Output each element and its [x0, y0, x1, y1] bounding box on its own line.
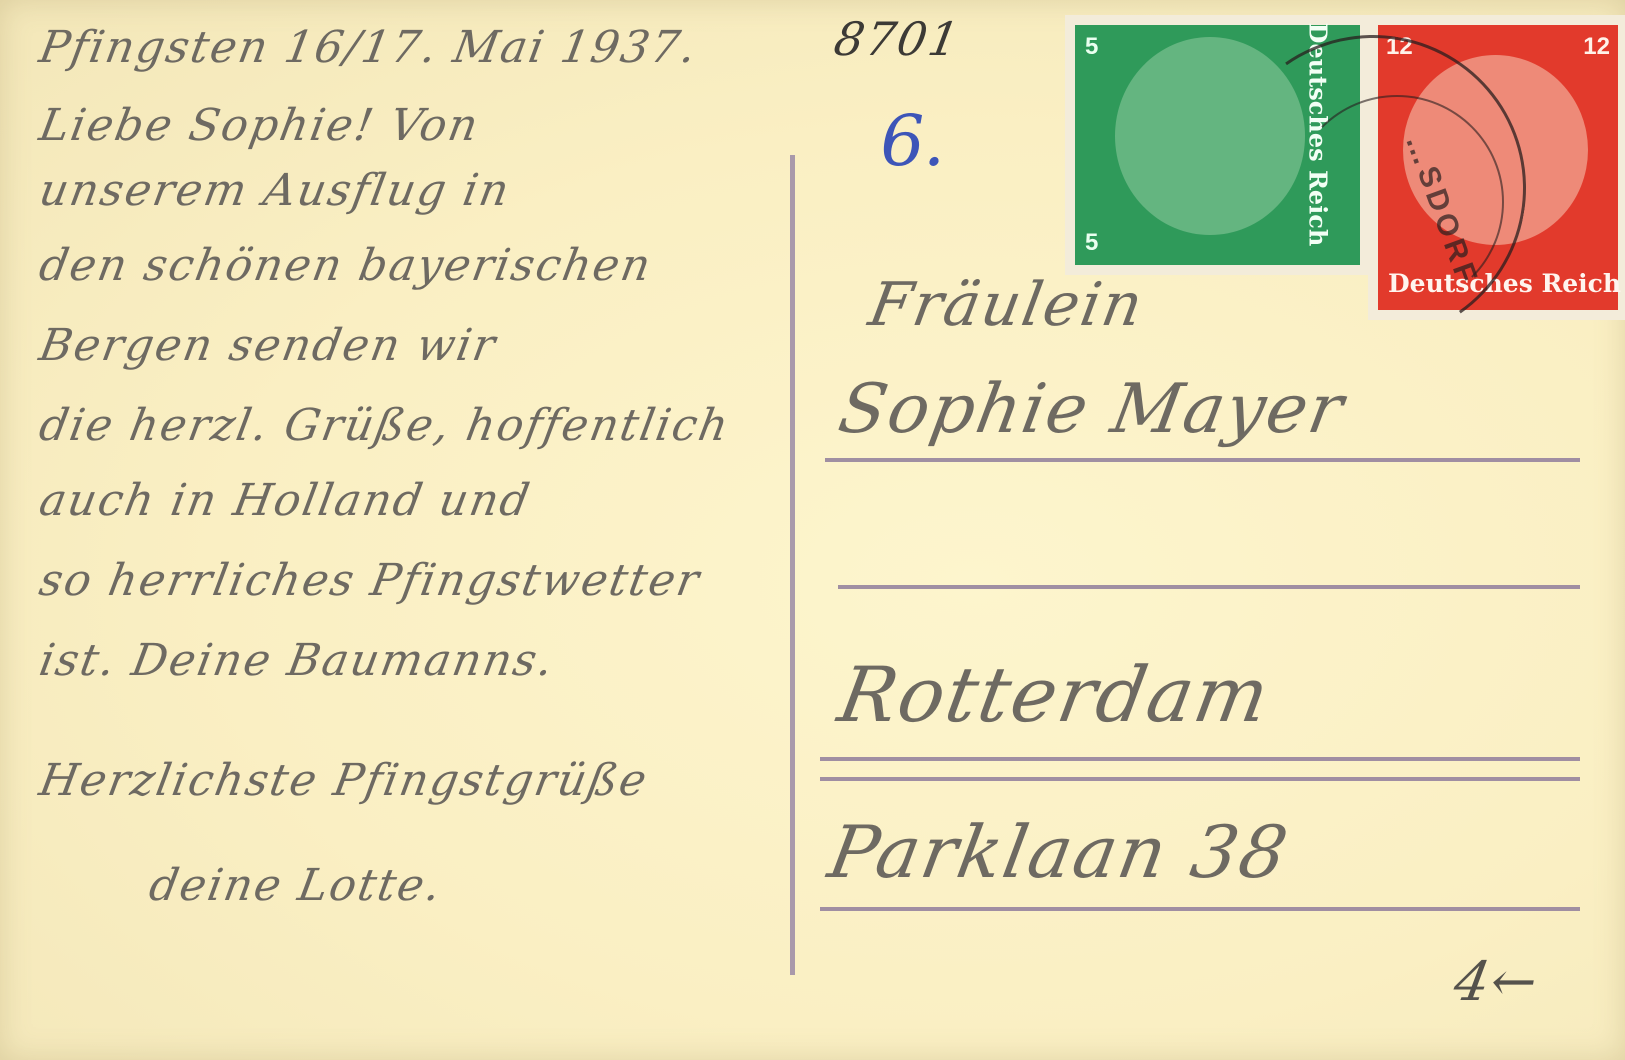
address-salutation: Fräulein	[864, 270, 1150, 340]
stamp-denomination: 5	[1085, 229, 1098, 257]
address-rule-3	[820, 757, 1580, 761]
message-line-date: Pfingsten 16/17. Mai 1937.	[36, 22, 702, 73]
corner-note: 4←	[1449, 950, 1544, 1013]
message-line: ist. Deine Baumanns.	[36, 635, 559, 686]
message-line: so herrliches Pfingstwetter	[36, 555, 705, 606]
address-rule-4	[820, 777, 1580, 781]
blue-pencil-mark: 6.	[873, 100, 958, 182]
address-rule-1	[825, 458, 1580, 462]
address-rule-2	[838, 585, 1580, 589]
message-line: Bergen senden wir	[36, 320, 501, 371]
center-divider-line	[790, 155, 795, 975]
address-street: Parklaan 38	[823, 810, 1296, 894]
message-line: Liebe Sophie! Von	[36, 100, 484, 151]
reference-number: 8701	[830, 12, 965, 66]
stamp-denomination: 5	[1085, 33, 1098, 61]
message-line: auch in Holland und	[36, 475, 536, 526]
message-line: unserem Ausflug in	[36, 165, 515, 216]
address-rule-5	[820, 907, 1580, 911]
message-line: Herzlichste Pfingstgrüße	[36, 755, 653, 806]
postcard: Pfingsten 16/17. Mai 1937. Liebe Sophie!…	[0, 0, 1625, 1060]
address-city: Rotterdam	[832, 650, 1277, 739]
message-line: den schönen bayerischen	[36, 240, 657, 291]
message-line: die herzl. Grüße, hoffentlich	[36, 400, 734, 451]
address-name: Sophie Mayer	[833, 370, 1351, 449]
stamp-denomination: 12	[1583, 33, 1610, 61]
message-signature: deine Lotte.	[146, 860, 447, 911]
